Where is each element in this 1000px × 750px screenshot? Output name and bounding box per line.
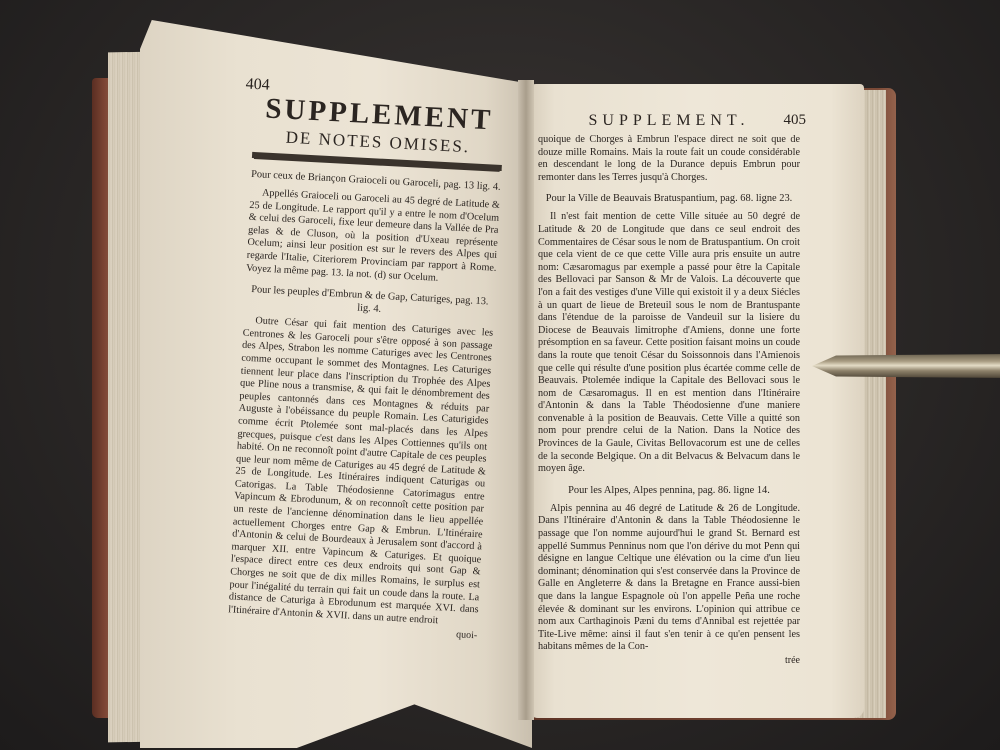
right-page-text: SUPPLEMENT. 405 quoique de Chorges à Emb… <box>538 112 800 666</box>
left-page-number: 404 <box>245 75 270 94</box>
section-paragraph: Alpis pennina au 46 degré de Latitude & … <box>538 503 800 654</box>
section-paragraph: Appellés Graioceli ou Garoceli au 45 deg… <box>246 187 500 288</box>
book-gutter <box>518 80 534 720</box>
catchword: trée <box>538 655 800 666</box>
continuation-paragraph: quoique de Chorges à Embrun l'espace dir… <box>538 134 800 184</box>
metal-pointer <box>812 354 1000 378</box>
section-paragraph: Outre César qui fait mention des Caturig… <box>228 315 493 630</box>
section-paragraph: Il n'est fait mention de cette Ville sit… <box>538 211 800 475</box>
running-title: SUPPLEMENT. <box>538 112 800 130</box>
right-page-number: 405 <box>784 112 807 129</box>
open-book: 404 SUPPLEMENT DE NOTES OMISES. Pour ceu… <box>0 0 1000 750</box>
section-heading: Pour les Alpes, Alpes pennina, pag. 86. … <box>538 484 800 497</box>
left-page-text: 404 SUPPLEMENT DE NOTES OMISES. Pour ceu… <box>227 80 505 642</box>
section-heading: Pour la Ville de Beauvais Bratuspantium,… <box>538 192 800 205</box>
